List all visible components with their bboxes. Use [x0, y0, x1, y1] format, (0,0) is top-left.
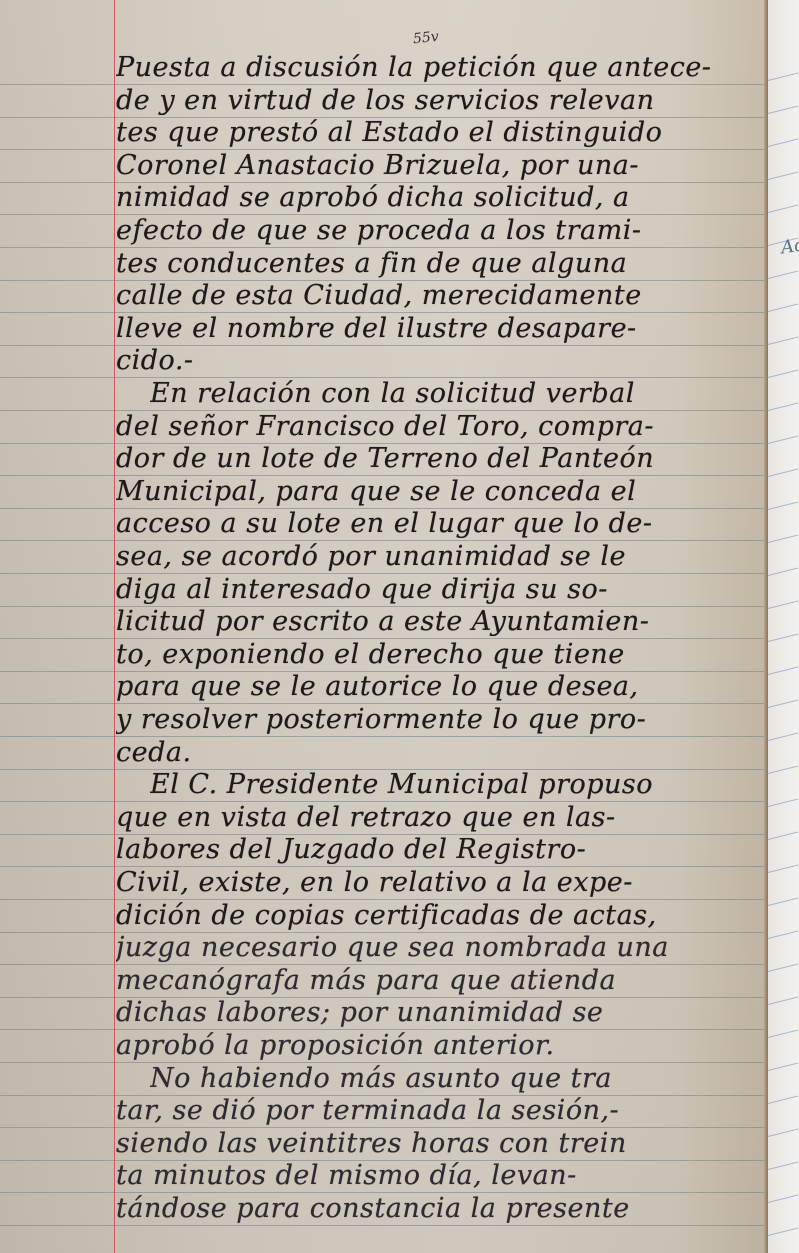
adjacent-ruled-line [768, 469, 798, 477]
adjacent-ruled-line [768, 997, 798, 1005]
adjacent-ruled-line [768, 73, 798, 81]
adjacent-ruled-line [768, 1162, 798, 1170]
adjacent-ruled-line [768, 898, 798, 906]
handwritten-line: tes que prestó al Estado el distinguido [116, 117, 766, 149]
handwritten-line: No habiendo más asunto que tra [150, 1063, 799, 1095]
adjacent-ruled-line [768, 403, 798, 411]
handwritten-line: Municipal, para que se le conceda el [116, 476, 766, 508]
adjacent-ruled-line [768, 931, 798, 939]
ruled-line [0, 1225, 768, 1226]
handwritten-line: efecto de que se proceda a los trami- [116, 215, 766, 247]
handwritten-line: dición de copias certificadas de actas, [116, 900, 766, 932]
adjacent-ruled-line [768, 304, 798, 312]
handwritten-line: mecanógrafa más para que atienda [116, 965, 766, 997]
handwritten-line: y resolver posteriormente lo que pro- [116, 704, 766, 736]
adjacent-ruled-line [768, 337, 798, 345]
handwritten-line: tes conducentes a fin de que alguna [116, 248, 766, 280]
adjacent-ruled-line [768, 502, 798, 510]
adjacent-ruled-line [768, 1129, 798, 1137]
adjacent-ruled-line [768, 634, 798, 642]
handwritten-line: cido.- [116, 345, 766, 377]
handwritten-line: Civil, existe, en lo relativo a la expe- [116, 867, 766, 899]
handwritten-line: diga al interesado que dirija su so- [116, 574, 766, 606]
handwritten-line: tándose para constancia la presente [116, 1193, 766, 1225]
adjacent-ruled-line [768, 370, 798, 378]
adjacent-ruled-line [768, 832, 798, 840]
adjacent-ruled-line [768, 1195, 798, 1203]
handwritten-line: siendo las veintitres horas con trein [116, 1128, 766, 1160]
handwritten-line: Coronel Anastacio Brizuela, por una- [116, 150, 766, 182]
handwritten-line: labores del Juzgado del Registro- [116, 834, 766, 866]
handwritten-line: para que se le autorice lo que desea, [116, 671, 766, 703]
adjacent-ruled-line [768, 601, 798, 609]
adjacent-ruled-line [768, 766, 798, 774]
adjacent-ruled-line [768, 139, 798, 147]
handwritten-line: dichas labores; por unanimidad se [116, 997, 766, 1029]
handwritten-line: En relación con la solicitud verbal [150, 378, 799, 410]
adjacent-ruled-line [768, 436, 798, 444]
handwritten-line: que en vista del retrazo que en las- [116, 802, 766, 834]
adjacent-ruled-line [768, 568, 798, 576]
handwritten-line: ta minutos del mismo día, levan- [116, 1160, 766, 1192]
handwritten-line: nimidad se aprobó dicha solicitud, a [116, 182, 766, 214]
handwritten-line: del señor Francisco del Toro, compra- [116, 411, 766, 443]
adjacent-ruled-line [768, 700, 798, 708]
adjacent-ruled-line [768, 1063, 798, 1071]
handwritten-line: El C. Presidente Municipal propuso [150, 769, 799, 801]
handwritten-line: Puesta a discusión la petición que antec… [116, 52, 766, 84]
adjacent-ruled-line [768, 535, 798, 543]
adjacent-ruled-line [768, 172, 798, 180]
adjacent-ruled-line [768, 106, 798, 114]
handwritten-line: lleve el nombre del ilustre desapare- [116, 313, 766, 345]
adjacent-ruled-line [768, 1096, 798, 1104]
adjacent-ruled-line [768, 667, 798, 675]
handwritten-line: tar, se dió por terminada la sesión,- [116, 1095, 766, 1127]
adjacent-ruled-line [768, 271, 798, 279]
folio-number: 55v [412, 29, 439, 48]
adjacent-ruled-line [768, 799, 798, 807]
adjacent-page [768, 0, 799, 1253]
handwritten-line: dor de un lote de Terreno del Panteón [116, 443, 766, 475]
adjacent-ruled-line [768, 733, 798, 741]
ledger-page: 55v Puesta a discusión la petición que a… [0, 0, 768, 1253]
adjacent-ruled-line [768, 205, 798, 213]
handwritten-line: de y en virtud de los servicios relevan [116, 85, 766, 117]
handwritten-line: ceda. [116, 737, 766, 769]
handwritten-line: aprobó la proposición anterior. [116, 1030, 766, 1062]
handwritten-line: juzga necesario que sea nombrada una [116, 932, 766, 964]
handwritten-line: acceso a su lote en el lugar que lo de- [116, 508, 766, 540]
handwritten-line: to, exponiendo el derecho que tiene [116, 639, 766, 671]
handwritten-line: sea, se acordó por unanimidad se le [116, 541, 766, 573]
handwritten-line: calle de esta Ciudad, merecidamente [116, 280, 766, 312]
red-margin-line [114, 0, 115, 1253]
adjacent-ruled-line [768, 865, 798, 873]
ledger-photo: 55v Puesta a discusión la petición que a… [0, 0, 799, 1253]
adjacent-ruled-line [768, 964, 798, 972]
adjacent-ruled-line [768, 1030, 798, 1038]
adjacent-ruled-line [768, 1228, 798, 1236]
handwritten-line: licitud por escrito a este Ayuntamien- [116, 606, 766, 638]
adjacent-page-mark: Ac [780, 234, 799, 258]
